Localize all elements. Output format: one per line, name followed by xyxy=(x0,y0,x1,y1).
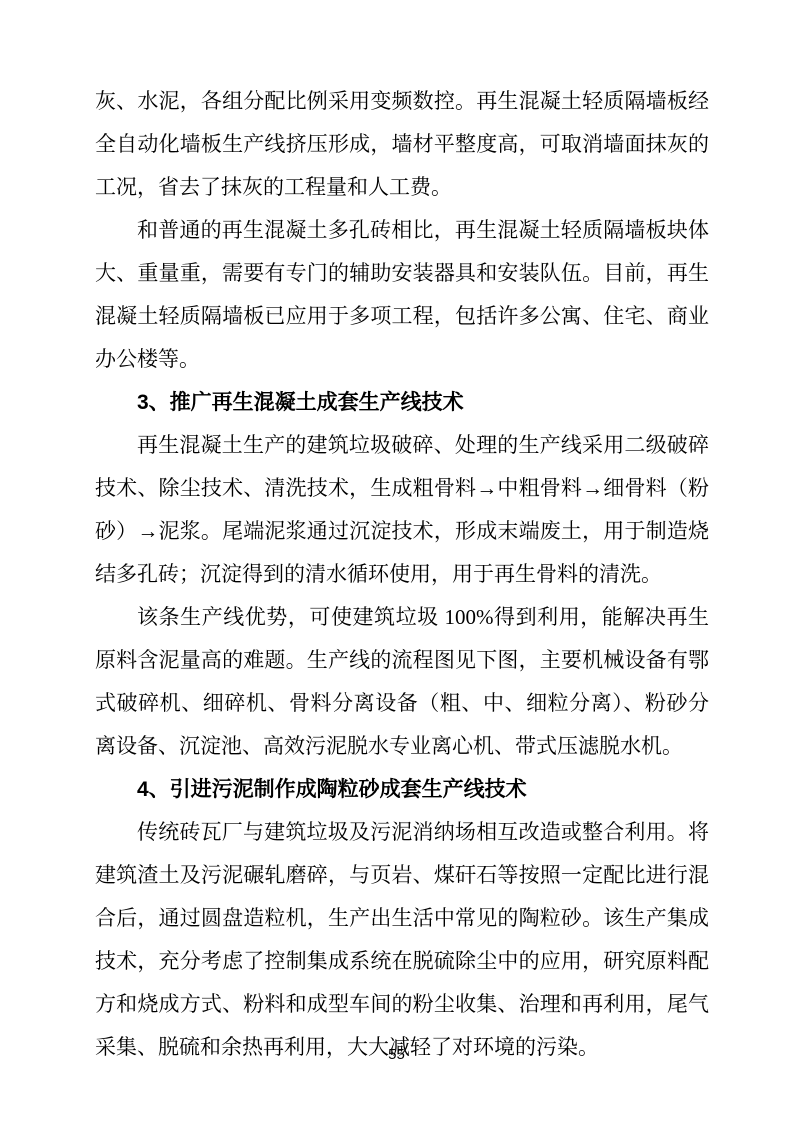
paragraph-continuation: 灰、水泥，各组分配比例采用变频数控。再生混凝土轻质隔墙板经全自动化墙板生产线挤压… xyxy=(95,80,709,209)
document-body: 灰、水泥，各组分配比例采用变频数控。再生混凝土轻质隔墙板经全自动化墙板生产线挤压… xyxy=(95,80,709,1069)
paragraph: 该条生产线优势，可使建筑垃圾 100%得到利用，能解决再生原料含泥量高的难题。生… xyxy=(95,596,709,768)
page-number: 55 xyxy=(0,1046,793,1063)
paragraph: 再生混凝土生产的建筑垃圾破碎、处理的生产线采用二级破碎技术、除尘技术、清洗技术，… xyxy=(95,424,709,596)
paragraph: 传统砖瓦厂与建筑垃圾及污泥消纳场相互改造或整合利用。将建筑渣土及污泥碾轧磨碎，与… xyxy=(95,811,709,1069)
paragraph: 和普通的再生混凝土多孔砖相比，再生混凝土轻质隔墙板块体大、重量重，需要有专门的辅… xyxy=(95,209,709,381)
document-page: 灰、水泥，各组分配比例采用变频数控。再生混凝土轻质隔墙板经全自动化墙板生产线挤压… xyxy=(0,0,793,1122)
section-heading-4: 4、引进污泥制作成陶粒砂成套生产线技术 xyxy=(95,768,709,811)
section-heading-3: 3、推广再生混凝土成套生产线技术 xyxy=(95,381,709,424)
